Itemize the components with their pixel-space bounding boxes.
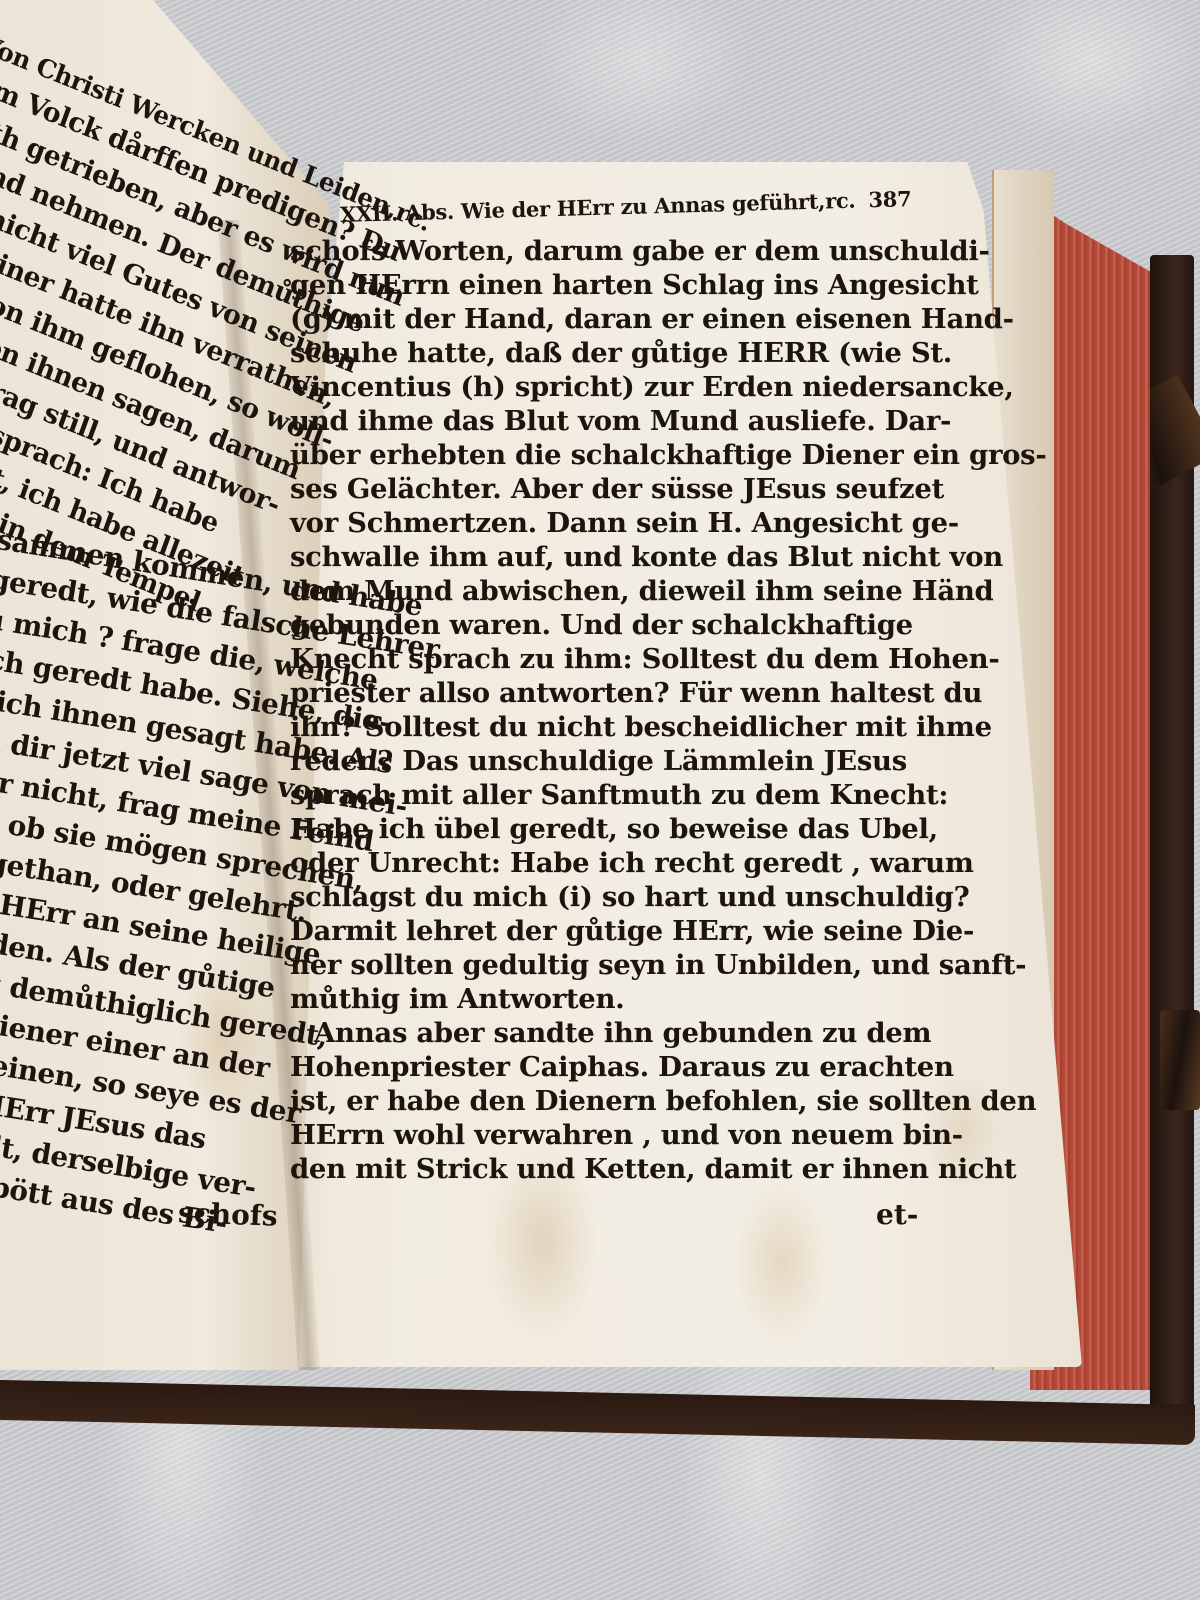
- paragraph-line: Hohenpriester Caiphas. Daraus zu erachte…: [290, 1050, 970, 1084]
- page-number: 387: [868, 186, 912, 212]
- text-line: ses Gelächter. Aber der süsse JEsus seuf…: [290, 472, 970, 506]
- text-line: vor Schmertzen. Dann sein H. Angesicht g…: [290, 506, 970, 540]
- text-line: schuhe hatte, daß der gůtige HERR (wie S…: [290, 336, 970, 370]
- left-page-text-upper: Von Christi Wercken und Leiden,rc. dem V…: [0, 22, 314, 606]
- left-catchword: schofs: [177, 1196, 278, 1232]
- right-page-text: XXII. Abs. Wie der HErr zu Annas geführt…: [290, 200, 970, 1186]
- paragraph-line: HErrn wohl verwahren , und von neuem bin…: [290, 1118, 970, 1152]
- paragraph-line: ist, er habe den Dienern befohlen, sie s…: [290, 1084, 970, 1118]
- text-line: můthig im Antworten.: [290, 982, 970, 1016]
- text-line: ner sollten gedultig seyn in Unbilden, u…: [290, 948, 970, 982]
- text-line: oder Unrecht: Habe ich recht geredt , wa…: [290, 846, 970, 880]
- text-line: schlagst du mich (i) so hart und unschul…: [290, 880, 970, 914]
- text-line: und ihme das Blut vom Mund ausliefe. Dar…: [290, 404, 970, 438]
- text-line: über erhebten die schalckhaftige Diener …: [290, 438, 970, 472]
- paragraph-line: Annas aber sandte ihn gebunden zu dem: [290, 1016, 970, 1050]
- photo-scene: XXII. Abs. Wie der HErr zu Annas geführt…: [0, 0, 1200, 1600]
- text-line: Darmit lehret der gůtige HErr, wie seine…: [290, 914, 970, 948]
- text-line: schwalle ihm auf, und konte das Blut nic…: [290, 540, 970, 574]
- text-line: priester allso antworten? Für wenn halte…: [290, 676, 970, 710]
- book-cover-bottom: [0, 1380, 1195, 1445]
- text-line: Vincentius (h) spricht) zur Erden nieder…: [290, 370, 970, 404]
- book-clasp-lower: [1160, 1010, 1200, 1110]
- text-line: ihn? Solltest du nicht bescheidlicher mi…: [290, 710, 970, 744]
- paragraph-line: den mit Strick und Ketten, damit er ihne…: [290, 1152, 970, 1186]
- right-catchword: et-: [876, 1198, 918, 1231]
